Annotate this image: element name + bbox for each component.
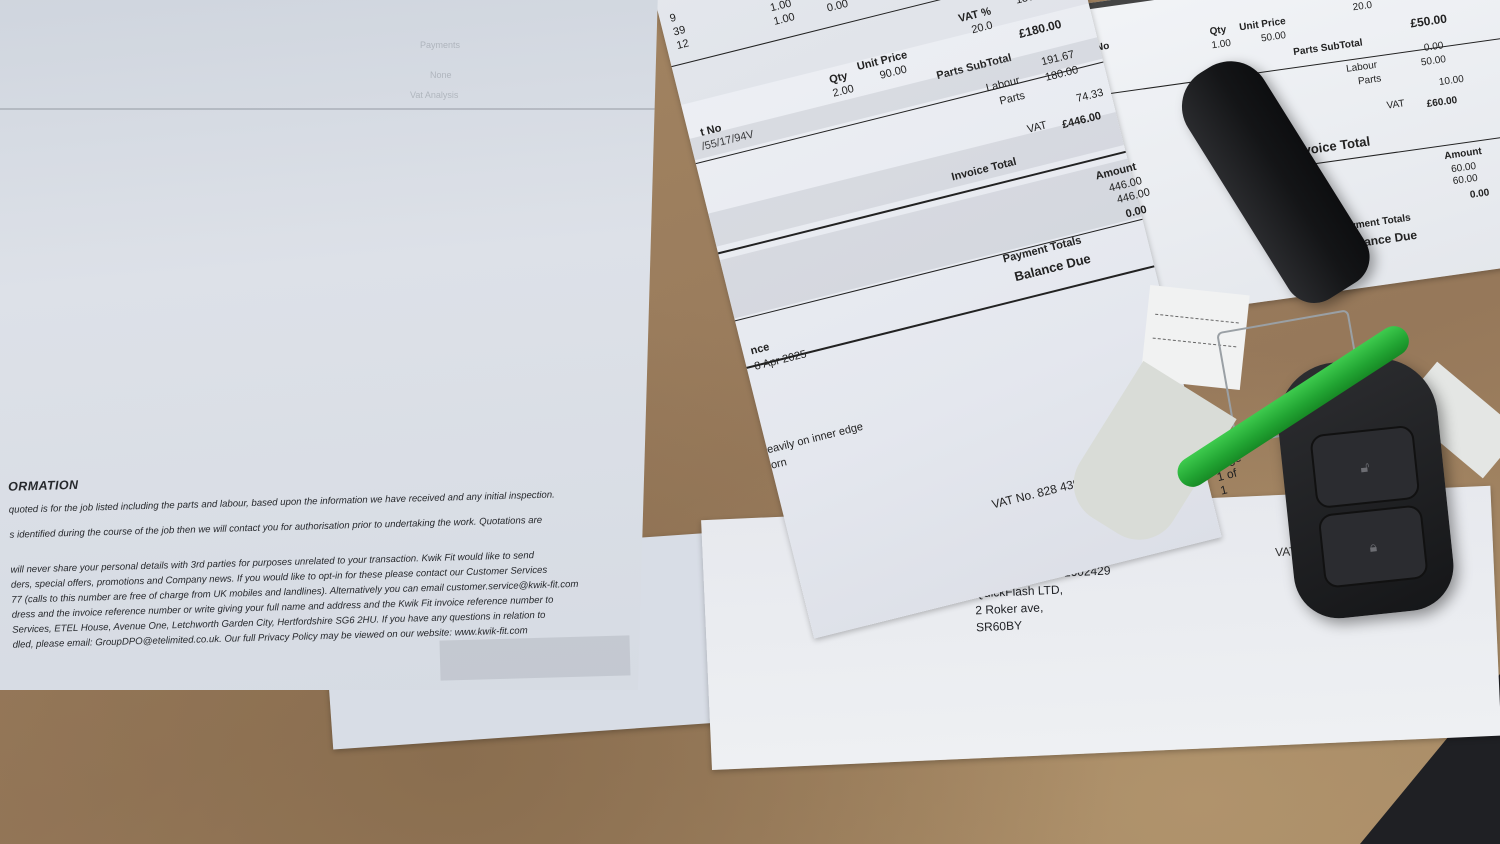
qty: 1.00 — [1211, 38, 1232, 52]
note-line: orn — [770, 456, 788, 471]
parts-subtotal-label: Parts SubTotal — [1293, 37, 1364, 58]
labour-label: Labour — [1345, 60, 1377, 75]
paper-fold — [0, 108, 658, 110]
amount: 60.00 — [1452, 173, 1478, 187]
amount-header: Amount — [1444, 146, 1483, 162]
unit-price: 50.00 — [1260, 30, 1286, 44]
show-through-text: None — [430, 70, 452, 80]
reference-label: nce — [749, 341, 770, 357]
parts-subtotal-value: £50.00 — [1410, 12, 1448, 31]
invoice-total-value: £60.00 — [1426, 95, 1458, 110]
lock-icon: 🔒︎ — [1318, 504, 1429, 588]
vat-label: VAT — [1386, 98, 1405, 111]
labour-value: 0.00 — [1423, 40, 1444, 54]
parts-label: Parts — [1357, 73, 1382, 87]
parts-label: Parts — [998, 90, 1026, 108]
vat-pct: 20.0 — [1352, 0, 1373, 13]
qty-header: Qty — [1209, 24, 1227, 37]
balance-due-value: 0.00 — [1469, 187, 1490, 201]
parts-subtotal-value: £180.00 — [1017, 17, 1062, 41]
vat-value: 74.33 — [1075, 87, 1105, 105]
show-through-text: Payments — [420, 40, 460, 50]
unlock-icon: 🔓︎ — [1309, 425, 1420, 509]
vat-value: 10.00 — [1438, 74, 1464, 88]
privacy-notice: ORMATION quoted is for the job listed in… — [0, 462, 645, 653]
show-through-text: Vat Analysis — [410, 90, 458, 100]
grey-footer-strip — [439, 635, 630, 680]
note-line: eavily on inner edge — [766, 421, 864, 456]
parts-qty: 2.00 — [832, 83, 856, 100]
parts-value: 50.00 — [1420, 54, 1446, 68]
